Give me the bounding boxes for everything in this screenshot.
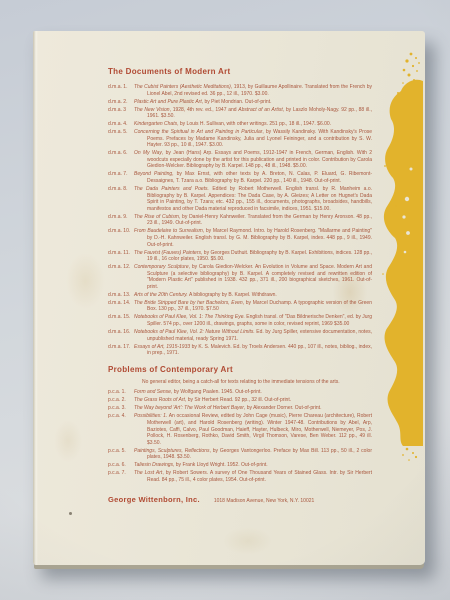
dma-list: d.m.a. 1.The Cubist Painters (Aesthetic … (108, 84, 372, 357)
catalog-item: d.m.a. 17.Essays of Art, 1915-1933 by K.… (108, 344, 372, 357)
item-label: d.m.a. 2. (108, 99, 134, 106)
catalog-item: d.m.a. 16.Notebooks of Paul Klee, Vol. 2… (108, 329, 372, 342)
photo-background: The Documents of Modern Art d.m.a. 1.The… (0, 0, 450, 600)
item-label: d.m.a. 5. (108, 129, 134, 149)
item-text: Notebooks of Paul Klee, Vol. 1: The Thin… (134, 314, 372, 327)
catalog-item: d.m.a. 6.On My Way, by Jean (Hans) Arp. … (108, 150, 372, 170)
item-text: Contemporary Sculpture, by Carola Giedio… (134, 264, 372, 290)
item-label: d.m.a. 10. (108, 228, 134, 248)
item-label: d.m.a. 11. (108, 250, 134, 263)
catalog-item: p.c.a. 2.The Grass Roots of Art, by Sir … (108, 397, 372, 404)
catalog-item: p.c.a. 7.The Lost Art, by Robert Sowers.… (108, 470, 372, 483)
item-label: p.c.a. 5. (108, 448, 134, 461)
catalog-item: d.m.a. 12.Contemporary Sculpture, by Car… (108, 264, 372, 290)
item-label: d.m.a. 8. (108, 186, 134, 212)
item-text: The Dada Painters and Poets. Edited by R… (134, 186, 372, 212)
item-text: Form and Sense, by Wolfgang Paalen. 1945… (134, 389, 372, 396)
item-text: The Fauvist (Fauves) Painters, by George… (134, 250, 372, 263)
catalog-item: p.c.a. 5.Paintings, Sculptures, Reflecti… (108, 448, 372, 461)
item-label: d.m.a. 3 (108, 107, 134, 120)
item-text: Beyond Painting, by Max Ernst, with othe… (134, 171, 372, 184)
catalog-item: d.m.a. 3The New Vision, 1928, 4th rev. e… (108, 107, 372, 120)
item-text: Notebooks of Paul Klee, Vol. 2: Nature W… (134, 329, 372, 342)
publisher-address: 1018 Madison Avenue, New York, N.Y. 1002… (214, 498, 314, 504)
catalog-item: d.m.a. 4.Kindergarten Chats, by Louis H.… (108, 121, 372, 128)
publisher-row: George Wittenborn, Inc. 1018 Madison Ave… (108, 495, 372, 504)
catalog-item: d.m.a. 8.The Dada Painters and Poets. Ed… (108, 186, 372, 212)
section-title-documents-of-modern-art: The Documents of Modern Art (108, 67, 372, 76)
catalog-item: p.c.a. 6.Taliesin Drawings, by Frank Llo… (108, 462, 372, 469)
item-label: d.m.a. 17. (108, 344, 134, 357)
item-label: p.c.a. 4. (108, 413, 134, 446)
paper-stain (213, 521, 283, 561)
item-text: Essays of Art, 1915-1933 by K. S. Malevi… (134, 344, 372, 357)
item-label: d.m.a. 12. (108, 264, 134, 290)
item-label: p.c.a. 6. (108, 462, 134, 469)
catalog-item: p.c.a. 1.Form and Sense, by Wolfgang Paa… (108, 389, 372, 396)
item-label: d.m.a. 14. (108, 300, 134, 313)
section-title-problems-of-contemporary-art: Problems of Contemporary Art (108, 365, 372, 374)
catalog-item: d.m.a. 10.From Baudelaire to Surrealism,… (108, 228, 372, 248)
paper-stain (48, 411, 88, 471)
item-label: d.m.a. 1. (108, 84, 134, 97)
item-label: p.c.a. 3. (108, 405, 134, 412)
item-text: The New Vision, 1928, 4th rev. ed., 1947… (134, 107, 372, 120)
item-label: d.m.a. 9. (108, 214, 134, 227)
catalog-item: d.m.a. 7.Beyond Painting, by Max Ernst, … (108, 171, 372, 184)
catalog-item: d.m.a. 2.Plastic Art and Pure Plastic Ar… (108, 99, 372, 106)
item-text: Taliesin Drawings, by Frank Lloyd Wright… (134, 462, 372, 469)
catalog-item: d.m.a. 14.The Bride Stripped Bare by her… (108, 300, 372, 313)
item-text: The Lost Art, by Robert Sowers. A survey… (134, 470, 372, 483)
catalog-item: d.m.a. 9.The Rise of Cubism, by Daniel-H… (108, 214, 372, 227)
catalog-content: The Documents of Modern Art d.m.a. 1.The… (108, 67, 372, 504)
item-label: d.m.a. 16. (108, 329, 134, 342)
item-text: From Baudelaire to Surrealism, by Marcel… (134, 228, 372, 248)
pca-list: p.c.a. 1.Form and Sense, by Wolfgang Paa… (108, 389, 372, 483)
item-text: The Bride Stripped Bare by her Bachelors… (134, 300, 372, 313)
yellow-paint-band (380, 49, 423, 463)
publisher-name: George Wittenborn, Inc. (108, 495, 200, 504)
catalog-item: d.m.a. 5.Concerning the Spiritual in Art… (108, 129, 372, 149)
catalog-item: p.c.a. 4.Possibilities: 1. An occasional… (108, 413, 372, 446)
paper-stain (58, 241, 113, 321)
item-text: Arts of the 20th Century. A bibliography… (134, 292, 372, 299)
item-text: Kindergarten Chats, by Louis H. Sullivan… (134, 121, 372, 128)
item-text: The Rise of Cubism, by Daniel-Henry Kahn… (134, 214, 372, 227)
item-label: p.c.a. 1. (108, 389, 134, 396)
item-text: Possibilities: 1. An occasional Review, … (134, 413, 372, 446)
item-text: The Cubist Painters (Aesthetic Meditatio… (134, 84, 372, 97)
section-intro: No general editor, being a catch-all for… (142, 379, 372, 386)
item-text: The Grass Roots of Art, by Sir Herbert R… (134, 397, 372, 404)
item-label: p.c.a. 2. (108, 397, 134, 404)
item-text: Plastic Art and Pure Plastic Art, by Pie… (134, 99, 372, 106)
item-label: p.c.a. 7. (108, 470, 134, 483)
item-text: Paintings, Sculptures, Reflections, by G… (134, 448, 372, 461)
catalog-item: p.c.a. 3.The Way beyond 'Art': The Work … (108, 405, 372, 412)
item-label: d.m.a. 13. (108, 292, 134, 299)
catalog-item: d.m.a. 1.The Cubist Painters (Aesthetic … (108, 84, 372, 97)
item-text: The Way beyond 'Art': The Work of Herber… (134, 405, 372, 412)
catalog-item: d.m.a. 11.The Fauvist (Fauves) Painters,… (108, 250, 372, 263)
book-back-cover: The Documents of Modern Art d.m.a. 1.The… (33, 31, 425, 565)
item-label: d.m.a. 7. (108, 171, 134, 184)
catalog-item: d.m.a. 13.Arts of the 20th Century. A bi… (108, 292, 372, 299)
item-label: d.m.a. 6. (108, 150, 134, 170)
catalog-item: d.m.a. 15.Notebooks of Paul Klee, Vol. 1… (108, 314, 372, 327)
ink-speck (69, 512, 72, 515)
item-text: On My Way, by Jean (Hans) Arp. Essays an… (134, 150, 372, 170)
item-text: Concerning the Spiritual in Art and Pain… (134, 129, 372, 149)
item-label: d.m.a. 15. (108, 314, 134, 327)
item-label: d.m.a. 4. (108, 121, 134, 128)
